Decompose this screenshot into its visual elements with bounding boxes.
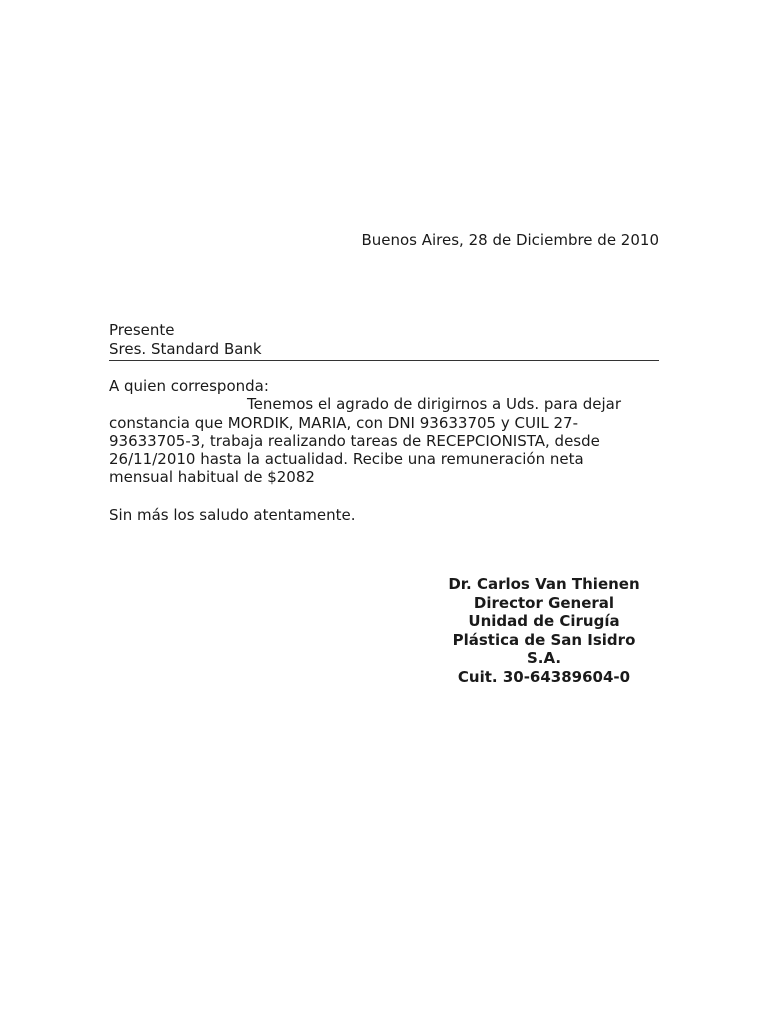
letter-body: A quien corresponda: Tenemos el agrado d… xyxy=(109,377,669,487)
organization-line: Unidad de Cirugía xyxy=(430,612,658,631)
organization-line: S.A. xyxy=(430,649,658,668)
salutation: A quien corresponda: xyxy=(109,377,669,395)
recipient-line-addressee: Sres. Standard Bank xyxy=(109,340,659,361)
body-line: mensual habitual de $2082 xyxy=(109,468,669,486)
signatory-title: Director General xyxy=(430,594,658,613)
body-line: Tenemos el agrado de dirigirnos a Uds. p… xyxy=(109,395,669,413)
closing-line: Sin más los saludo atentamente. xyxy=(109,505,356,525)
place-date: Buenos Aires, 28 de Diciembre de 2010 xyxy=(361,230,659,250)
body-line: constancia que MORDIK, MARIA, con DNI 93… xyxy=(109,414,669,432)
letter-page: Buenos Aires, 28 de Diciembre de 2010 Pr… xyxy=(0,0,768,1024)
organization-cuit: Cuit. 30-64389604-0 xyxy=(430,668,658,687)
signatory-name: Dr. Carlos Van Thienen xyxy=(430,575,658,594)
signature-block: Dr. Carlos Van Thienen Director General … xyxy=(430,575,658,686)
organization-line: Plástica de San Isidro xyxy=(430,631,658,650)
body-line: 26/11/2010 hasta la actualidad. Recibe u… xyxy=(109,450,669,468)
body-line: 93633705-3, trabaja realizando tareas de… xyxy=(109,432,669,450)
recipient-line-presente: Presente xyxy=(109,321,659,340)
recipient-block: Presente Sres. Standard Bank xyxy=(109,321,659,361)
